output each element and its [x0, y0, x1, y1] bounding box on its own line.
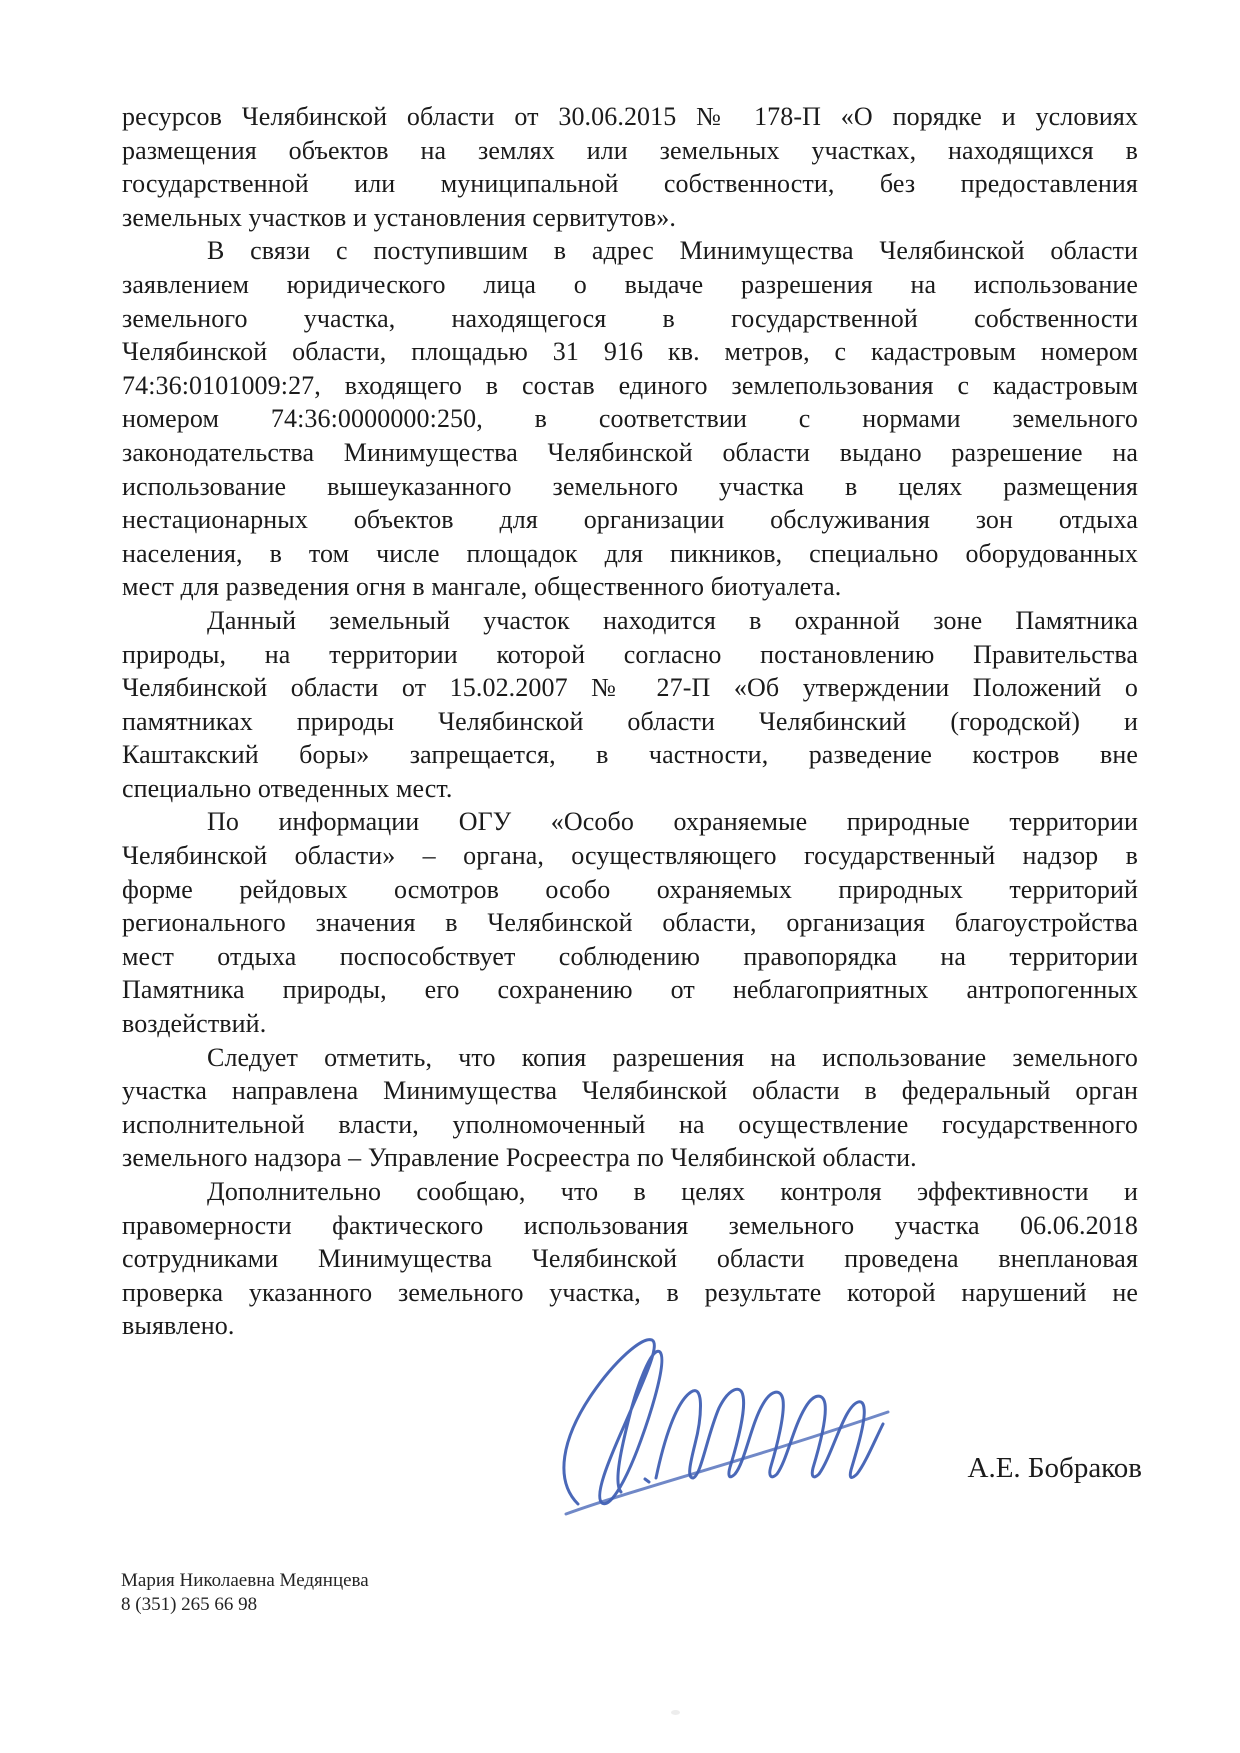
text-line: размещения объектов на землях или земель…	[122, 134, 1138, 168]
text-line: Челябинской области» – органа, осуществл…	[122, 839, 1138, 873]
text-line: 74:36:0101009:27, входящего в состав еди…	[122, 369, 1138, 403]
document-body: ресурсов Челябинской области от 30.06.20…	[122, 100, 1138, 1343]
text-line: воздействий.	[122, 1007, 1138, 1041]
text-line: мест для разведения огня в мангале, обще…	[122, 570, 1138, 604]
scan-artifact	[671, 1710, 680, 1715]
text-line: В связи с поступившим в адрес Минимущест…	[122, 234, 1138, 268]
text-line: ресурсов Челябинской области от 30.06.20…	[122, 100, 1138, 134]
text-line: населения, в том числе площадок для пикн…	[122, 537, 1138, 571]
text-line: заявлением юридического лица о выдаче ра…	[122, 268, 1138, 302]
text-line: государственной или муниципальной собств…	[122, 167, 1138, 201]
text-line: Каштакский боры» запрещается, в частност…	[122, 738, 1138, 772]
signer-name: А.Е. Бобраков	[968, 1452, 1143, 1485]
text-line: участка направлена Минимущества Челябинс…	[122, 1074, 1138, 1108]
text-line: Следует отметить, что копия разрешения н…	[122, 1041, 1138, 1075]
text-line: земельного надзора – Управление Росреест…	[122, 1141, 1138, 1175]
text-line: сотрудниками Минимущества Челябинской об…	[122, 1242, 1138, 1276]
scanned-document-page: ресурсов Челябинской области от 30.06.20…	[0, 0, 1240, 1753]
text-line: номером 74:36:0000000:250, в соответстви…	[122, 402, 1138, 436]
text-line: регионального значения в Челябинской обл…	[122, 906, 1138, 940]
text-line: Памятника природы, его сохранению от неб…	[122, 973, 1138, 1007]
executor-contact-block: Мария Николаевна Медянцева 8 (351) 265 6…	[121, 1569, 369, 1617]
text-line: Челябинской области, площадью 31 916 кв.…	[122, 335, 1138, 369]
text-line: использование вышеуказанного земельного …	[122, 470, 1138, 504]
text-line: Данный земельный участок находится в охр…	[122, 604, 1138, 638]
text-line: памятниках природы Челябинской области Ч…	[122, 705, 1138, 739]
text-line: Челябинской области от 15.02.2007 № 27-П…	[122, 671, 1138, 705]
text-line: Дополнительно сообщаю, что в целях контр…	[122, 1175, 1138, 1209]
contact-phone: 8 (351) 265 66 98	[121, 1593, 369, 1617]
text-line: По информации ОГУ «Особо охраняемые прир…	[122, 805, 1138, 839]
text-line: природы, на территории которой согласно …	[122, 638, 1138, 672]
text-line: нестационарных объектов для организации …	[122, 503, 1138, 537]
text-line: исполнительной власти, уполномоченный на…	[122, 1108, 1138, 1142]
text-line: законодательства Минимущества Челябинско…	[122, 436, 1138, 470]
contact-name: Мария Николаевна Медянцева	[121, 1569, 369, 1593]
text-line: форме рейдовых осмотров особо охраняемых…	[122, 873, 1138, 907]
text-line: мест отдыха поспособствует соблюдению пр…	[122, 940, 1138, 974]
text-line: проверка указанного земельного участка, …	[122, 1276, 1138, 1310]
signature-ink-icon	[548, 1328, 898, 1518]
text-line: специально отведенных мест.	[122, 772, 1138, 806]
text-line: правомерности фактического использования…	[122, 1209, 1138, 1243]
text-line: земельного участка, находящегося в госуд…	[122, 302, 1138, 336]
text-line: земельных участков и установления сервит…	[122, 201, 1138, 235]
handwritten-signature	[548, 1328, 898, 1518]
